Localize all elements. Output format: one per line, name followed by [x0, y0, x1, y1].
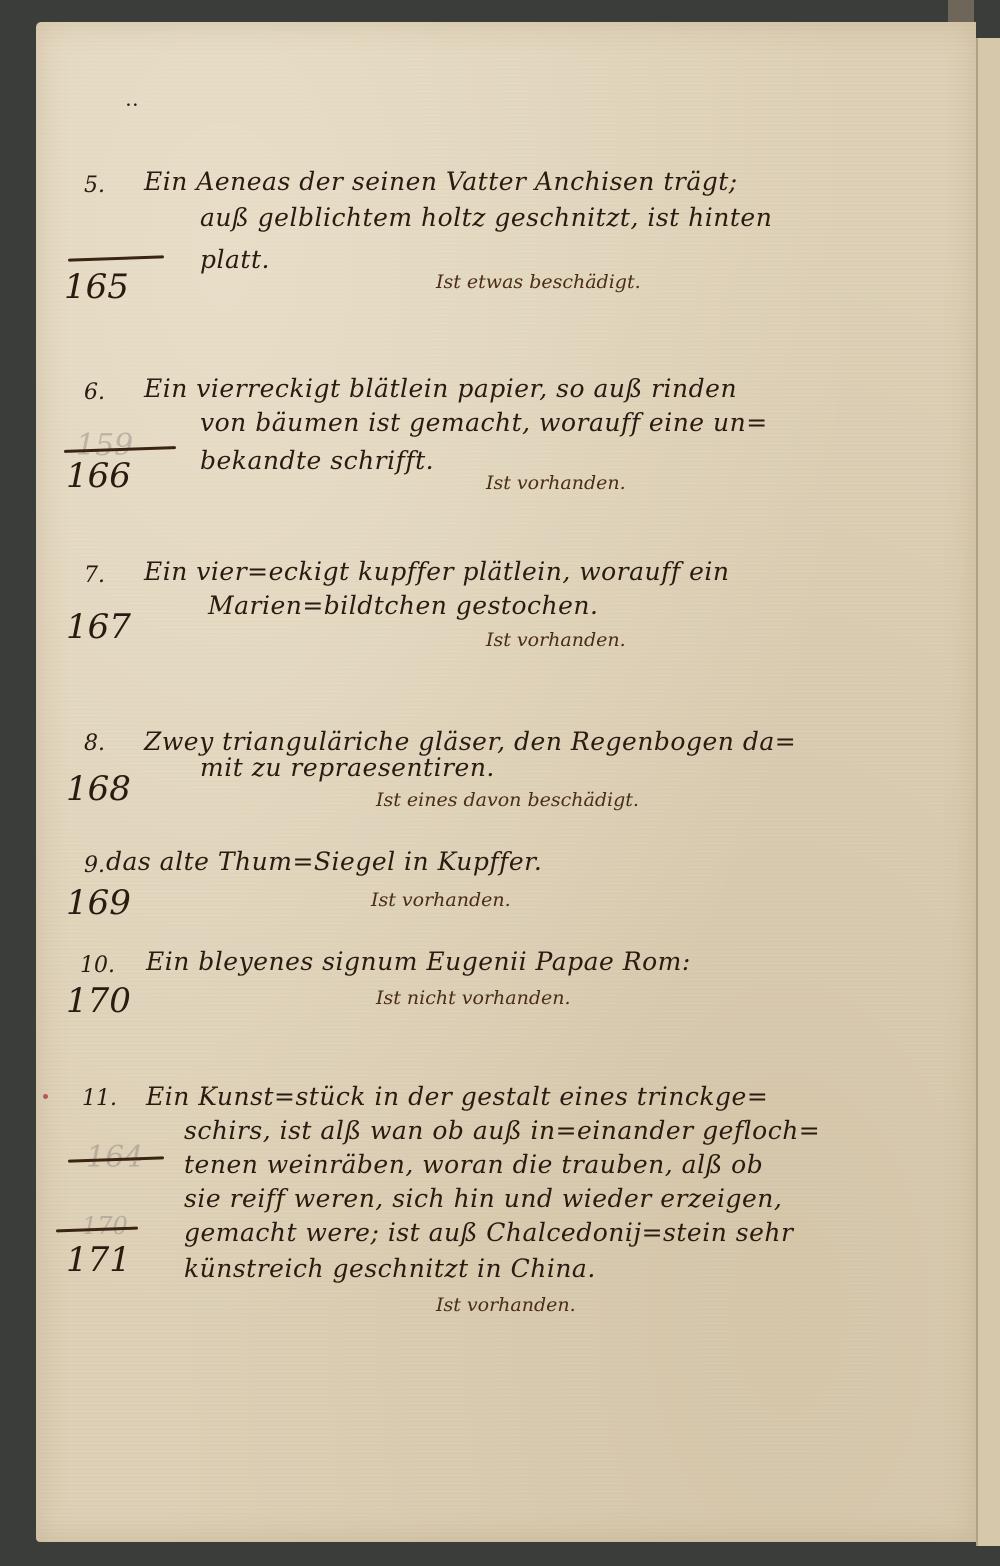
- status-note: Ist nicht vorhanden.: [376, 987, 571, 1009]
- inventory-number: 168: [66, 769, 131, 809]
- entry-line: bekandte schrifft.: [200, 446, 434, 475]
- entry-line: sie reiff weren, sich hin und wieder erz…: [184, 1184, 782, 1213]
- entry-line: von bäumen ist gemacht, worauff eine un=: [200, 408, 768, 437]
- entry-line: Ein Kunst=stück in der gestalt eines tri…: [146, 1082, 768, 1111]
- item-number: 10.: [80, 953, 115, 978]
- entry-line: tenen weinräben, woran die trauben, alß …: [184, 1150, 763, 1179]
- top-mark: ..: [126, 94, 140, 110]
- entry-line: das alte Thum=Siegel in Kupffer.: [106, 847, 542, 876]
- inventory-number: 167: [66, 607, 131, 647]
- entry-line: Ein Aeneas der seinen Vatter Anchisen tr…: [144, 167, 738, 196]
- entry-line: platt.: [200, 245, 270, 274]
- manuscript-page: .. 5. Ein Aeneas der seinen Vatter Anchi…: [36, 22, 976, 1542]
- red-mark: [43, 1094, 48, 1099]
- pencil-old-number-2: 170: [82, 1212, 128, 1240]
- item-number: 7.: [84, 563, 105, 588]
- inventory-number: 166: [66, 456, 131, 496]
- entry-line: künstreich geschnitzt in China.: [184, 1254, 596, 1283]
- entry-line: Zwey trianguläriche gläser, den Regenbog…: [144, 727, 796, 756]
- entry-line: schirs, ist alß wan ob auß in=einander g…: [184, 1116, 820, 1145]
- inventory-number: 170: [66, 981, 131, 1021]
- inventory-number: 171: [66, 1240, 131, 1280]
- entry-line: Ein vier=eckigt kupffer plätlein, worauf…: [144, 557, 729, 586]
- entry-line: auß gelblichtem holtz geschnitzt, ist hi…: [200, 203, 772, 232]
- entry-line: Marien=bildtchen gestochen.: [208, 591, 598, 620]
- status-note: Ist eines davon beschädigt.: [376, 789, 639, 811]
- entry-line: mit zu repraesentiren.: [200, 753, 495, 782]
- item-number: 5.: [84, 173, 105, 198]
- status-note: Ist vorhanden.: [486, 472, 626, 494]
- divider-rule: [68, 255, 164, 261]
- status-note: Ist etwas beschädigt.: [436, 271, 641, 293]
- adjacent-page-edge: [976, 38, 1000, 1546]
- status-note: Ist vorhanden.: [436, 1294, 576, 1316]
- item-number: 9.: [84, 853, 105, 878]
- item-number: 6.: [84, 380, 105, 405]
- status-note: Ist vorhanden.: [371, 889, 511, 911]
- item-number: 8.: [84, 731, 105, 756]
- entry-line: Ein vierreckigt blätlein papier, so auß …: [144, 374, 737, 403]
- item-number: 11.: [82, 1086, 117, 1111]
- status-note: Ist vorhanden.: [486, 629, 626, 651]
- inventory-number: 169: [66, 883, 131, 923]
- entry-line: Ein bleyenes signum Eugenii Papae Rom:: [146, 947, 691, 976]
- inventory-number: 165: [64, 267, 129, 307]
- entry-line: gemacht were; ist auß Chalcedonij=stein …: [184, 1218, 793, 1247]
